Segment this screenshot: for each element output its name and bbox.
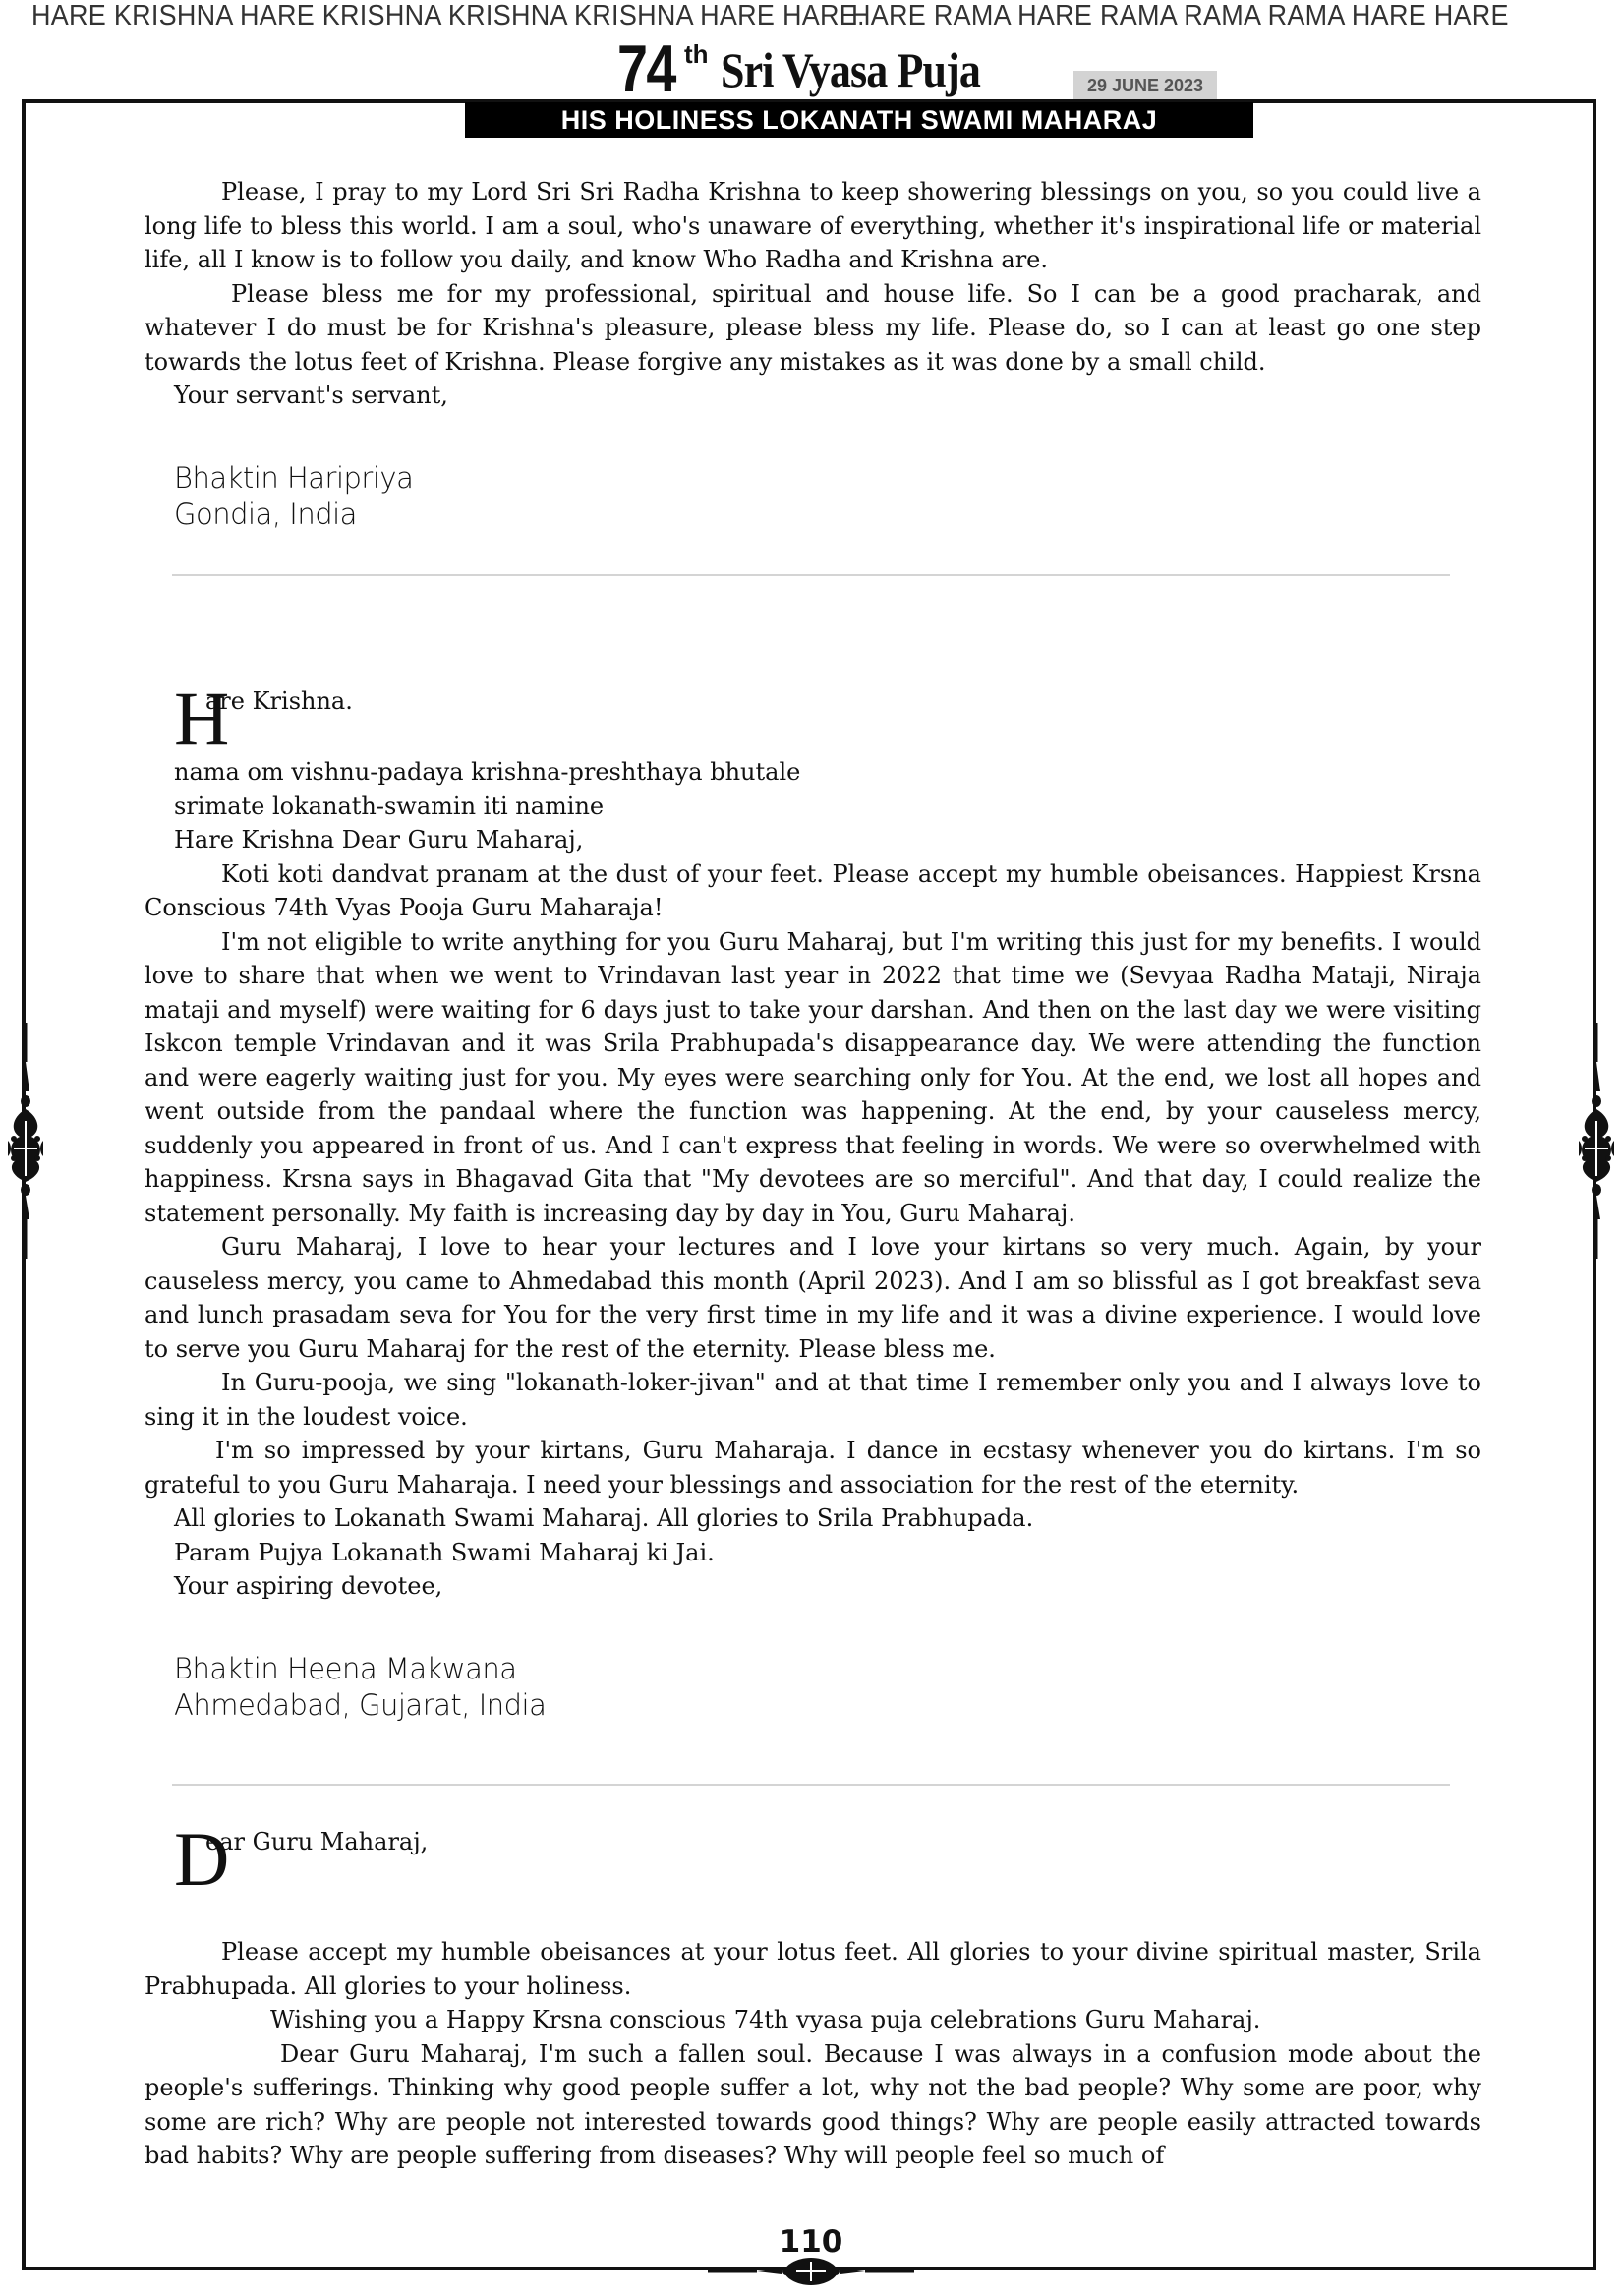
paragraph: Wishing you a Happy Krsna conscious 74th…: [145, 2003, 1481, 2037]
title-number: 74: [617, 37, 675, 100]
paragraph: Dear Guru Maharaj, I'm such a fallen sou…: [145, 2037, 1481, 2173]
letter-2: H are Krishna. nama om vishnu-padaya kri…: [145, 686, 1481, 1724]
closing: Your servant's servant,: [145, 379, 1481, 413]
opening-line: D ear Guru Maharaj,: [145, 1827, 1481, 1896]
opening-line: H are Krishna.: [145, 686, 1481, 755]
title-superscript: th: [684, 39, 709, 70]
signature-location: Gondia, India: [145, 497, 1481, 533]
signature-name: Bhaktin Heena Makwana: [145, 1651, 1481, 1687]
subtitle-bar: HIS HOLINESS LOKANATH SWAMI MAHARAJ: [465, 102, 1253, 138]
left-ornament-icon: [6, 1023, 45, 1259]
closing-line: Your aspiring devotee,: [145, 1569, 1481, 1604]
mantra-left: HARE KRISHNA HARE KRISHNA KRISHNA KRISHN…: [31, 0, 865, 32]
closing-line: All glories to Lokanath Swami Maharaj. A…: [145, 1501, 1481, 1536]
letter-separator: [172, 1784, 1450, 1786]
mantra-right: HARE RAMA HARE RAMA RAMA RAMA HARE HARE: [851, 0, 1509, 32]
mantra-banner: HARE KRISHNA HARE KRISHNA KRISHNA KRISHN…: [0, 0, 1622, 33]
signature-location: Ahmedabad, Gujarat, India: [145, 1687, 1481, 1724]
closing-line: Param Pujya Lokanath Swami Maharaj ki Ja…: [145, 1536, 1481, 1570]
page-title: 74 th Sri Vyasa Puja: [617, 37, 688, 100]
paragraph: Please bless me for my professional, spi…: [145, 277, 1481, 380]
paragraph: Please accept my humble obeisances at yo…: [145, 1935, 1481, 2003]
verse-line: Hare Krishna Dear Guru Maharaj,: [145, 823, 1481, 857]
date-badge: 29 JUNE 2023: [1073, 71, 1217, 100]
paragraph: Guru Maharaj, I love to hear your lectur…: [145, 1230, 1481, 1366]
letter-separator: [172, 574, 1450, 576]
paragraph: Please, I pray to my Lord Sri Sri Radha …: [145, 175, 1481, 277]
paragraph: I'm not eligible to write anything for y…: [145, 925, 1481, 1231]
title-text: Sri Vyasa Puja: [721, 41, 980, 98]
opening-text: ear Guru Maharaj,: [205, 1825, 428, 1859]
paragraph: I'm so impressed by your kirtans, Guru M…: [145, 1434, 1481, 1501]
letter-1: Please, I pray to my Lord Sri Sri Radha …: [145, 175, 1481, 533]
opening-text: are Krishna.: [205, 684, 353, 719]
verse-line: nama om vishnu-padaya krishna-preshthaya…: [145, 755, 1481, 790]
paragraph: In Guru-pooja, we sing "lokanath-loker-j…: [145, 1366, 1481, 1434]
bottom-ornament-icon: [708, 2252, 914, 2291]
signature-name: Bhaktin Haripriya: [145, 460, 1481, 497]
right-ornament-icon: [1577, 1023, 1616, 1259]
paragraph: Koti koti dandvat pranam at the dust of …: [145, 857, 1481, 925]
verse-line: srimate lokanath-swamin iti namine: [145, 790, 1481, 824]
letter-3: D ear Guru Maharaj, Please accept my hum…: [145, 1827, 1481, 2173]
